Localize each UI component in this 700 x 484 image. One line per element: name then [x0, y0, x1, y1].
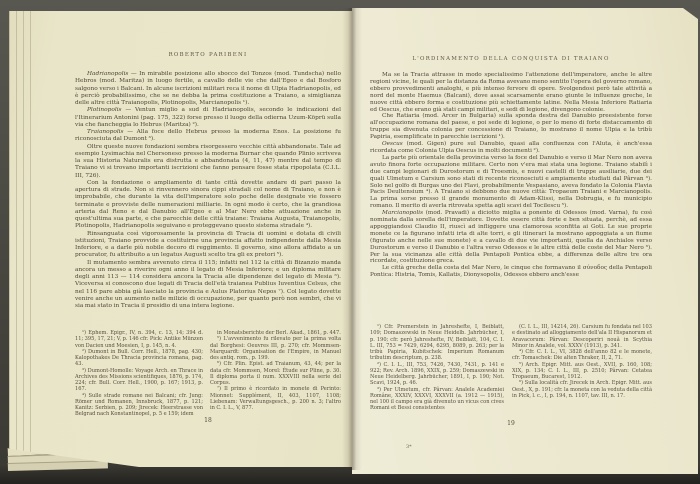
page-number-right: 19: [370, 420, 652, 427]
footnote: ³) Per Ulmetum, cfr. Pârvan: Analele Aca…: [370, 387, 504, 412]
running-head-right: L'ORDINAMENTO DELLA CONQUISTA DI TRAIANO: [370, 56, 652, 62]
left-page: ROBERTO PARIBENI Hadrianopolis — In mira…: [9, 11, 352, 467]
paragraph: Le città greche della costa del Mar Nero…: [370, 265, 652, 279]
paragraph-text: Il mutamento sembra avvenuto circa il 11…: [75, 260, 341, 310]
paragraph: Ma se la Tracia attrasse in modo special…: [370, 72, 652, 113]
left-page-body: Hadrianopolis — In mirabile posizione al…: [75, 71, 341, 310]
paragraph-lead: Oescus: [382, 141, 403, 147]
paragraph-text: (mod. Pravadi) a diciotto miglia a ponen…: [370, 210, 652, 264]
paragraph-text: Ma se la Tracia attrasse in modo special…: [370, 72, 652, 113]
footnotes-column-1: ¹) Cfr. Premerstein in Jahreshefte, I, B…: [370, 324, 504, 412]
footnote: ⁴) Cfr. C. I. L., VI, 3828 dell'anno 82 …: [512, 349, 652, 362]
footnote: ¹) Cfr. Premerstein in Jahreshefte, I, B…: [370, 324, 504, 362]
paragraph-text: Le città greche della costa del Mar Nero…: [370, 265, 652, 278]
paragraph-text: Oltre queste nuove fondazioni sembra ris…: [75, 144, 341, 179]
paragraph: Traianopolis — Alla foce dello Hebrus pr…: [75, 129, 341, 144]
footnote: ⁷) Il primo è ricordato in monete di Per…: [210, 386, 341, 411]
paragraph: Oltre queste nuove fondazioni sembra ris…: [75, 144, 341, 180]
fore-edge-page-lines: [9, 11, 37, 467]
footnotes-column-2: in Monatsberichte der Berl. Akad., 1861,…: [210, 330, 341, 411]
footnotes-column-2: (C. I. L., III, 14214, 26). Carsium fu f…: [512, 324, 652, 399]
footnote: ⁵) Arch. Epigr. Mitt. aus Oest., XVII, p…: [512, 362, 652, 381]
paragraph-text: (mod. Gigen) pure sul Danubio, quasi all…: [370, 141, 652, 154]
paragraph: Rinsanguata così vigorosamente la provin…: [75, 231, 341, 260]
paragraph: Oescus (mod. Gigen) pure sul Danubio, qu…: [370, 141, 652, 155]
paragraph-text: La parte più orientale della provincia v…: [370, 155, 652, 209]
printer-signature-mark: 3*: [406, 444, 412, 450]
paragraph: Il mutamento sembra avvenuto circa il 11…: [75, 260, 341, 311]
paragraph-lead: Traianopolis: [87, 129, 124, 135]
stacked-page-edge: [8, 460, 108, 471]
page-number-left: 18: [75, 417, 341, 424]
paragraph-lead: Marcianopolis: [382, 210, 423, 216]
footnotes-column-1: ¹) Ephem. Epigr., IV, n. 394, c. 13, 14;…: [75, 330, 203, 418]
paragraph: Marcianopolis (mod. Pravadi) a diciotto …: [370, 210, 652, 265]
paragraph-lead: Hadrianopolis: [87, 71, 128, 77]
footnote: ⁴) Sulle strade romane nei Balcani; cfr.…: [75, 393, 203, 418]
footnote: ³) Dumont-Homolle: Voyage Arch. en Thrac…: [75, 368, 203, 393]
right-page-body: Ma se la Tracia attrasse in modo special…: [370, 72, 652, 279]
paragraph-text: Con la fondazione o ampliamento di tante…: [75, 180, 341, 230]
paragraph-text: Rinsanguata così vigorosamente la provin…: [75, 231, 341, 259]
paragraph: Hadrianopolis — In mirabile posizione al…: [75, 71, 341, 107]
footnote: ²) Dumont in Bull. Corr. Hell., 1878, pa…: [75, 349, 203, 368]
running-head-left: ROBERTO PARIBENI: [75, 52, 341, 58]
footnote: (C. I. L., III, 14214, 26). Carsium fu f…: [512, 324, 652, 349]
paragraph-text: Che Ratiaria (mod. Arcer in Bulgaria) su…: [370, 113, 652, 140]
footnote: ⁶) Cfr. Plin. Epist. ad Traianum, 43, 44…: [210, 361, 341, 386]
footnote: ¹) Ephem. Epigr., IV, n. 394, c. 13, 14;…: [75, 330, 203, 349]
right-page: L'ORDINAMENTO DELLA CONQUISTA DI TRAIANO…: [352, 8, 698, 474]
paragraph: Con la fondazione o ampliamento di tante…: [75, 180, 341, 231]
footnote: ²) C. I. L., III, 753, 7426, 7430, 7431,…: [370, 362, 504, 387]
footnote: ⁶) Sulla località cfr. Jirecek in Arch. …: [512, 380, 652, 399]
paragraph: La parte più orientale della provincia v…: [370, 155, 652, 210]
paragraph: Che Ratiaria (mod. Arcer in Bulgaria) su…: [370, 113, 652, 141]
paragraph: Plotinopolis — Ventun miglio a sud di Ha…: [75, 107, 341, 129]
footnote: ⁵) L'avvenimento fu rilevato per la prim…: [210, 336, 341, 361]
paragraph-lead: Plotinopolis: [87, 107, 122, 113]
photo-background: ROBERTO PARIBENI Hadrianopolis — In mira…: [0, 0, 700, 484]
